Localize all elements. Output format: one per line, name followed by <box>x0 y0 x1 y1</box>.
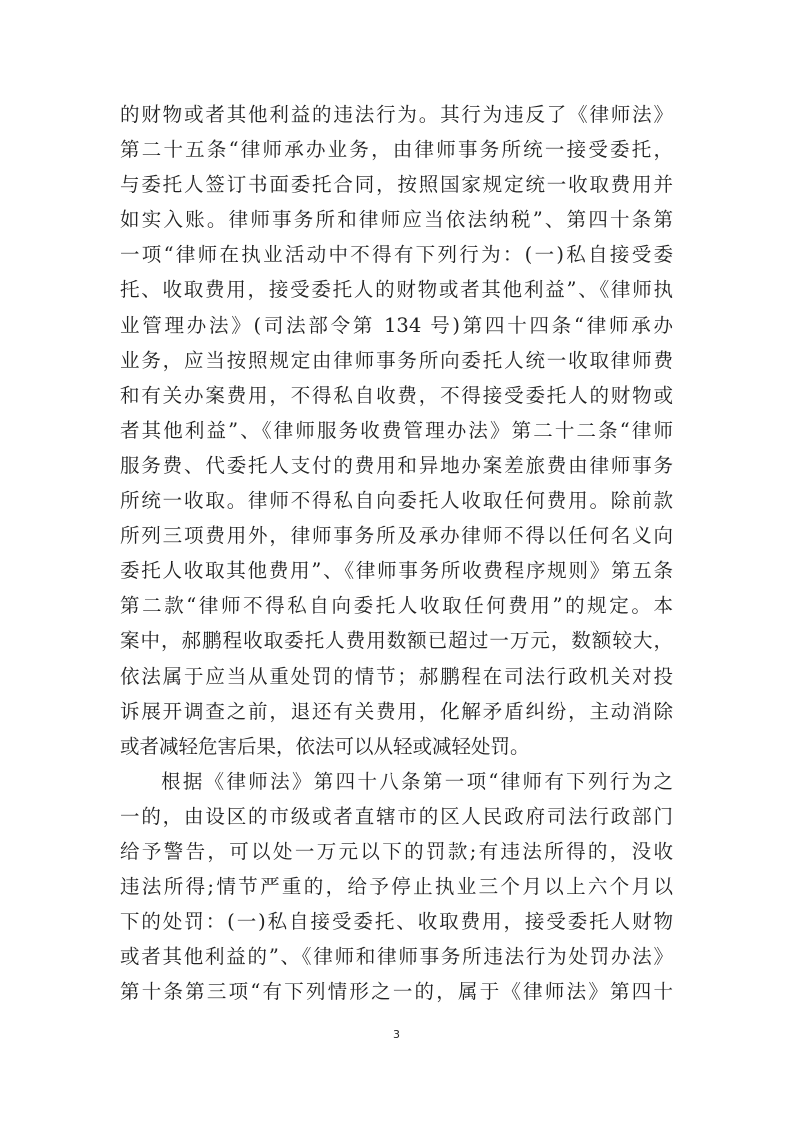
document-page: 的财物或者其他利益的违法行为。其行为违反了《律师法》 第二十五条“律师承办业务，… <box>0 0 793 1122</box>
text-line: 第十条第三项“有下列情形之一的，属于《律师法》第四十 <box>120 974 673 1009</box>
text-line: 或者其他利益的”、《律师和律师事务所违法行为处罚办法》 <box>120 939 673 974</box>
text-line: 一项“律师在执业活动中不得有下列行为：(一)私自接受委 <box>120 237 673 272</box>
text-line: 下的处罚：(一)私自接受委托、收取费用，接受委托人财物 <box>120 904 673 939</box>
text-line: 与委托人签订书面委托合同，按照国家规定统一收取费用并 <box>120 167 673 202</box>
text-line: 业管理办法》(司法部令第 134 号)第四十四条“律师承办 <box>120 308 673 343</box>
text-line: 诉展开调查之前，退还有关费用，化解矛盾纠纷，主动消除 <box>120 694 673 729</box>
text-line: 委托人收取其他费用”、《律师事务所收费程序规则》第五条 <box>120 553 673 588</box>
text-line: 者其他利益”、《律师服务收费管理办法》第二十二条“律师 <box>120 413 673 448</box>
text-line: 所列三项费用外，律师事务所及承办律师不得以任何名义向 <box>120 518 673 553</box>
text-line: 一的，由设区的市级或者直辖市的区人民政府司法行政部门 <box>120 799 673 834</box>
text-line: 服务费、代委托人支付的费用和异地办案差旅费由律师事务 <box>120 448 673 483</box>
body-text: 的财物或者其他利益的违法行为。其行为违反了《律师法》 第二十五条“律师承办业务，… <box>120 97 673 1009</box>
text-line: 的财物或者其他利益的违法行为。其行为违反了《律师法》 <box>120 97 673 132</box>
text-line: 托、收取费用，接受委托人的财物或者其他利益”、《律师执 <box>120 272 673 307</box>
text-line: 第二款“律师不得私自向委托人收取任何费用”的规定。本 <box>120 588 673 623</box>
text-line: 违法所得;情节严重的，给予停止执业三个月以上六个月以 <box>120 869 673 904</box>
text-line: 给予警告，可以处一万元以下的罚款;有违法所得的，没收 <box>120 834 673 869</box>
paragraph-start-line: 根据《律师法》第四十八条第一项“律师有下列行为之 <box>120 764 673 799</box>
text-line: 第二十五条“律师承办业务，由律师事务所统一接受委托， <box>120 132 673 167</box>
paragraph-end-line: 或者减轻危害后果，依法可以从轻或减轻处罚。 <box>120 729 673 764</box>
text-line: 案中，郝鹏程收取委托人费用数额已超过一万元，数额较大， <box>120 623 673 658</box>
text-line: 所统一收取。律师不得私自向委托人收取任何费用。除前款 <box>120 483 673 518</box>
text-line: 依法属于应当从重处罚的情节；郝鹏程在司法行政机关对投 <box>120 659 673 694</box>
text-line: 和有关办案费用，不得私自收费，不得接受委托人的财物或 <box>120 378 673 413</box>
page-number: 3 <box>0 1028 793 1041</box>
text-line: 如实入账。律师事务所和律师应当依法纳税”、第四十条第 <box>120 202 673 237</box>
text-line: 业务，应当按照规定由律师事务所向委托人统一收取律师费 <box>120 343 673 378</box>
